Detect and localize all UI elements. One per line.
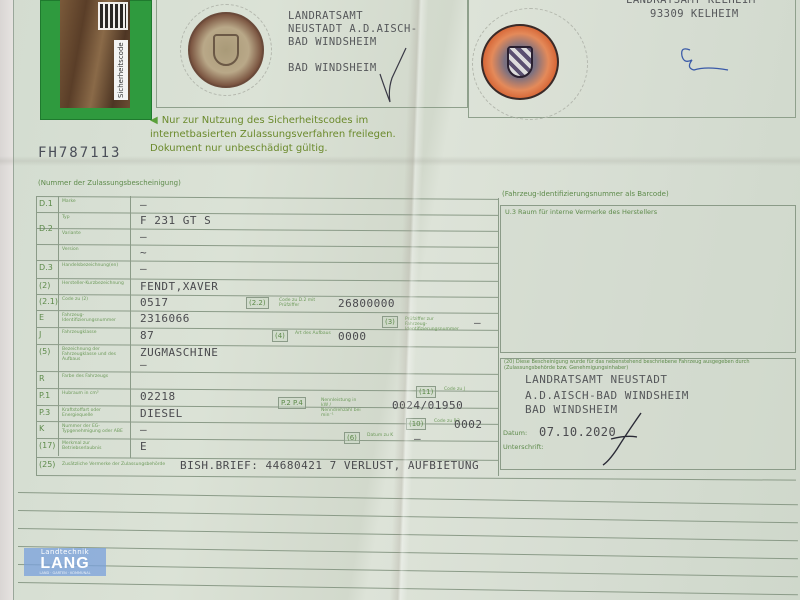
field-value: 0517 [140, 296, 169, 309]
field-description: Marke [62, 199, 128, 204]
field-description: Nummer der EG-Typgenehmigung oder ABE [62, 424, 128, 434]
dealer-watermark-logo: Landtechnik LANG LAND · GARTEN · KOMMUNA… [24, 548, 106, 576]
inline-field-code: (3) [382, 316, 398, 328]
security-code-label: Sicherheitscode [114, 40, 128, 100]
prev-authority-line-2: 93309 KELHEIM [650, 8, 739, 21]
signature-mark-icon [378, 46, 408, 108]
field-code: K [39, 424, 44, 433]
inline-field-description: Art des Aufbaus [295, 331, 335, 336]
field-value: ~ [140, 246, 147, 259]
field-description: Zusätzliche Vermerke der Zulassungsbehör… [62, 462, 172, 467]
inline-field-code: (2.2) [246, 297, 269, 309]
inline-field-value: – [474, 316, 481, 329]
manufacturer-notes-label: U.3 Raum für interne Vermerke des Herste… [505, 208, 657, 216]
field-value: – [140, 262, 147, 275]
bavarian-seal-icon [481, 24, 559, 100]
field-description: Code zu (2) [62, 297, 128, 302]
field-code: P.3 [39, 408, 50, 417]
row-divider [36, 475, 796, 481]
coat-of-arms-icon [213, 34, 239, 66]
official-seal-icon [188, 12, 264, 88]
col-divider [498, 198, 499, 476]
inline-field-value: 0000 [338, 330, 367, 343]
field-code: (2.1) [39, 297, 58, 306]
field-code: R [39, 374, 45, 383]
watermark-main: LANG [24, 557, 106, 571]
prev-authority-line-1: LANDRATSAMT KELHEIM [626, 0, 756, 7]
field-value: FENDT,XAVER [140, 280, 218, 293]
field-description: Typ [62, 215, 128, 220]
inline-field-code: (11) [416, 386, 436, 398]
field-code: (5) [39, 347, 50, 356]
col-divider [58, 196, 59, 456]
arrow-left-icon: ◀ [150, 115, 158, 126]
cert-line-1: LANDRATSAMT NEUSTADT [525, 373, 667, 386]
security-notice: ◀Nur zur Nutzung des Sicherheitscodes im… [150, 114, 410, 156]
field-description: Handelsbezeichnung(en) [62, 263, 128, 268]
field-value: – [140, 423, 147, 436]
inline-field-code: P.2 P.4 [278, 397, 306, 409]
inline-field-description: Code zu J [444, 387, 484, 392]
field-code: D.3 [39, 263, 53, 272]
vin-barcode-caption: (Fahrzeug-Identifizierungsnummer als Bar… [502, 190, 669, 198]
field-value: BISH.BRIEF: 44680421 7 VERLUST, AUFBIETU… [180, 459, 479, 472]
inline-field-value: – [414, 432, 421, 445]
inline-field-value: 26800000 [338, 297, 395, 310]
field-description: Merkmal zur Betriebserlaubnis [62, 441, 128, 451]
inline-field-description: Code zu D.2 mit Prüfziffer [279, 298, 319, 308]
field-code: J [39, 330, 41, 339]
field-description: Kraftstoffart oder Energiequelle [62, 408, 128, 418]
field-description: Version [62, 247, 128, 252]
inline-field-value: 0002 [454, 418, 483, 431]
certification-panel: (20) Diese Bescheinigung wurde für das n… [500, 358, 796, 470]
inline-field-code: (6) [344, 432, 360, 444]
field-code: (25) [39, 460, 55, 469]
field-value: 02218 [140, 390, 176, 403]
manufacturer-notes-panel: U.3 Raum für interne Vermerke des Herste… [500, 205, 796, 353]
cert-line-2: A.D.AISCH-BAD WINDSHEIM [525, 389, 689, 402]
inline-field-description: Nennleistung in kW / Nenndrehzahl bei mi… [321, 398, 361, 418]
field-code: D.1 [39, 199, 53, 208]
field-value: 87 [140, 329, 154, 342]
date-label: Datum: [503, 429, 527, 437]
issuer-place: BAD WINDSHEIM [288, 62, 377, 75]
registration-document: Sicherheitscode LANDRATSAMT NEUSTADT A.D… [0, 0, 800, 600]
field-description: Fahrzeugklasse [62, 330, 128, 335]
field-value: F 231 GT S [140, 214, 211, 227]
field-value: 2316066 [140, 312, 190, 325]
field-value: ZUGMASCHINE [140, 346, 218, 359]
signature-label: Unterschrift: [503, 443, 544, 451]
field-value: E [140, 440, 147, 453]
watermark-sub: LAND · GARTEN · KOMMUNAL [24, 571, 106, 576]
document-number-caption: (Nummer der Zulassungsbescheinigung) [38, 179, 181, 187]
coat-of-arms-icon [507, 46, 533, 78]
col-divider [36, 196, 37, 476]
security-notice-text: Nur zur Nutzung des Sicherheitscodes im … [150, 115, 396, 154]
field-value: – [140, 198, 147, 211]
issuer-line-3: BAD WINDSHEIM [288, 36, 377, 49]
field-code: D.2 [39, 224, 53, 233]
handwritten-signature-icon [676, 44, 732, 74]
field-description: Farbe des Fahrzeugs [62, 374, 128, 379]
field-code: (2) [39, 281, 50, 290]
field-value: – [140, 230, 147, 243]
field-description: Variante [62, 231, 128, 236]
field-value-secondary: – [140, 358, 147, 371]
field-description: Hubraum in cm³ [62, 391, 128, 396]
col-divider [130, 196, 131, 458]
paper-fold [0, 156, 800, 166]
issuer-line-1: LANDRATSAMT [288, 10, 363, 23]
paper-edge [0, 0, 14, 600]
field-code: P.1 [39, 391, 50, 400]
handwritten-signature-icon [597, 409, 647, 467]
field-description: Fahrzeug-Identifizierungsnummer [62, 313, 128, 323]
qr-code-icon [98, 2, 128, 30]
field-description: Bezeichnung der Fahrzeugklasse und des A… [62, 347, 128, 362]
field-description: Hersteller-Kurzbezeichnung [62, 281, 128, 286]
field-code: (17) [39, 441, 55, 450]
inline-field-code: (4) [272, 330, 288, 342]
issuer-line-2: NEUSTADT A.D.AISCH- [288, 23, 418, 36]
field-value: DIESEL [140, 407, 183, 420]
certification-label: (20) Diese Bescheinigung wurde für das n… [504, 359, 794, 371]
field-code: E [39, 313, 44, 322]
